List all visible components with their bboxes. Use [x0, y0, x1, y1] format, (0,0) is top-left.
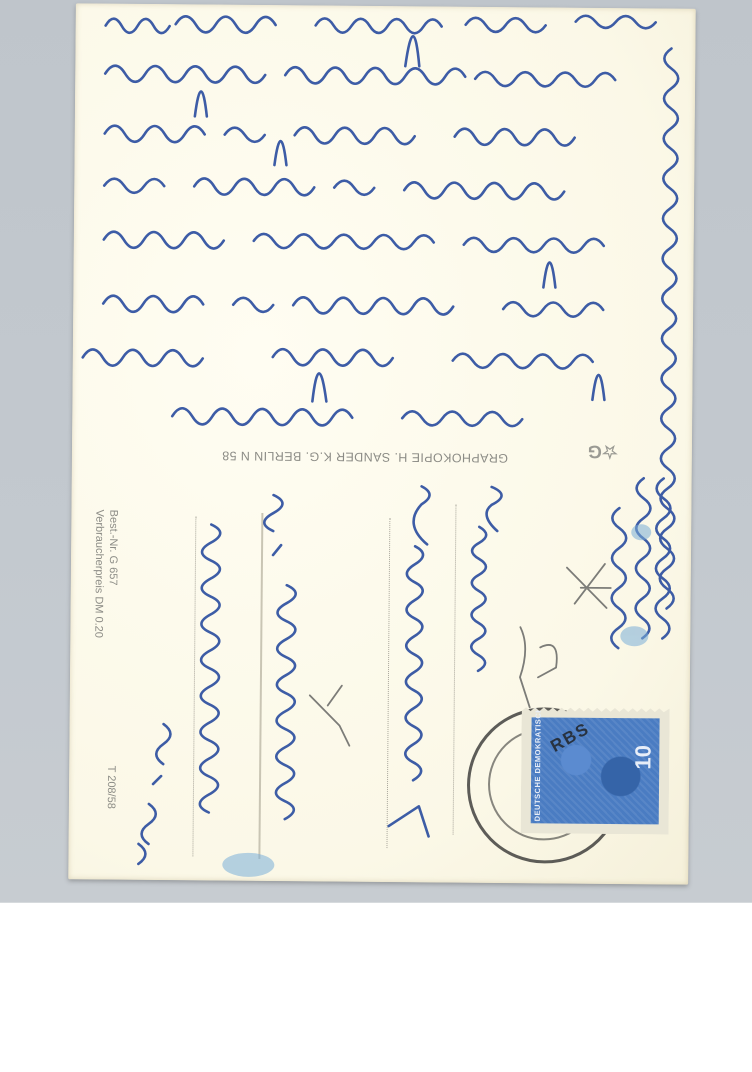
publisher-logo-icon: ☆G [590, 440, 618, 464]
consumer-price: Verbraucherpreis DM 0.20 [92, 509, 105, 638]
order-number: Best.-Nr. G 657 [107, 510, 120, 586]
stamp-image: DEUTSCHE DEMOKRATISCHE REPUBLIK 10 [531, 717, 660, 824]
address-line [453, 505, 457, 835]
publisher-imprint: GRAPHOKOPIE H. SANDER K.G. BERLIN N 58 [222, 449, 508, 465]
stamp-value: 10 [630, 745, 656, 770]
stamp-country: DEUTSCHE DEMOKRATISCHE REPUBLIK [533, 656, 543, 821]
address-divider [258, 513, 263, 859]
print-code: T 208/58 [105, 766, 117, 809]
address-line [386, 518, 390, 848]
address-line [192, 516, 196, 856]
postage-stamp: DEUTSCHE DEMOKRATISCHE REPUBLIK 10 [521, 707, 670, 834]
postcard: GRAPHOKOPIE H. SANDER K.G. BERLIN N 58 B… [68, 3, 696, 884]
